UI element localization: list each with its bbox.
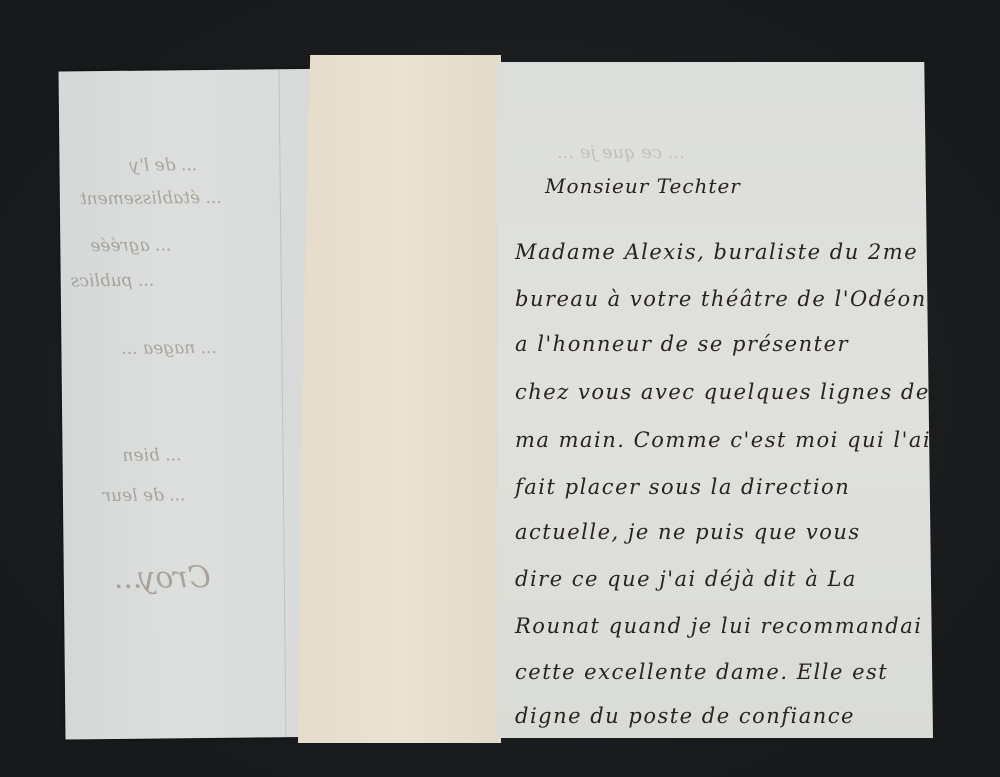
letter-line: Madame Alexis, buraliste du 2me	[515, 240, 918, 264]
paper-fold-line	[278, 69, 286, 737]
letter-line: Rounat quand je lui recommandai	[515, 614, 922, 638]
right-page-letter: ... ce que je ... Monsieur Techter Madam…	[497, 62, 933, 738]
salutation: Monsieur Techter	[545, 174, 741, 198]
letter-line: fait placer sous la direction	[515, 475, 850, 499]
middle-folded-strip	[298, 55, 501, 743]
bleed-through-text: ... publics	[71, 271, 155, 292]
bleed-through-text: ... agréée	[90, 235, 171, 256]
letter-line: bureau à votre théâtre de l'Odéon,	[515, 287, 935, 311]
letter-line: actuelle, je ne puis que vous	[515, 520, 861, 544]
letter-line: cette excellente dame. Elle est	[515, 660, 888, 684]
letter-line: chez vous avec quelques lignes de	[515, 380, 930, 404]
letter-line: dire ce que j'ai déjà dit à La	[515, 567, 857, 591]
bleed-through-text: ... de leur	[103, 485, 186, 506]
bleed-through-text: ... de l'y	[129, 155, 197, 176]
bleed-through-text: ... nagea ...	[121, 338, 217, 359]
bleed-through-text: ... établissement	[80, 188, 222, 209]
letter-line: ma main. Comme c'est moi qui l'ai	[515, 428, 931, 452]
bleed-through-text: ... ce que je ...	[557, 142, 685, 163]
letter-line: digne du poste de confiance	[515, 704, 855, 728]
bleed-through-signature: Croy...	[114, 560, 211, 596]
bleed-through-text: ... bien	[122, 445, 181, 466]
letter-line: a l'honneur de se présenter	[515, 332, 849, 356]
